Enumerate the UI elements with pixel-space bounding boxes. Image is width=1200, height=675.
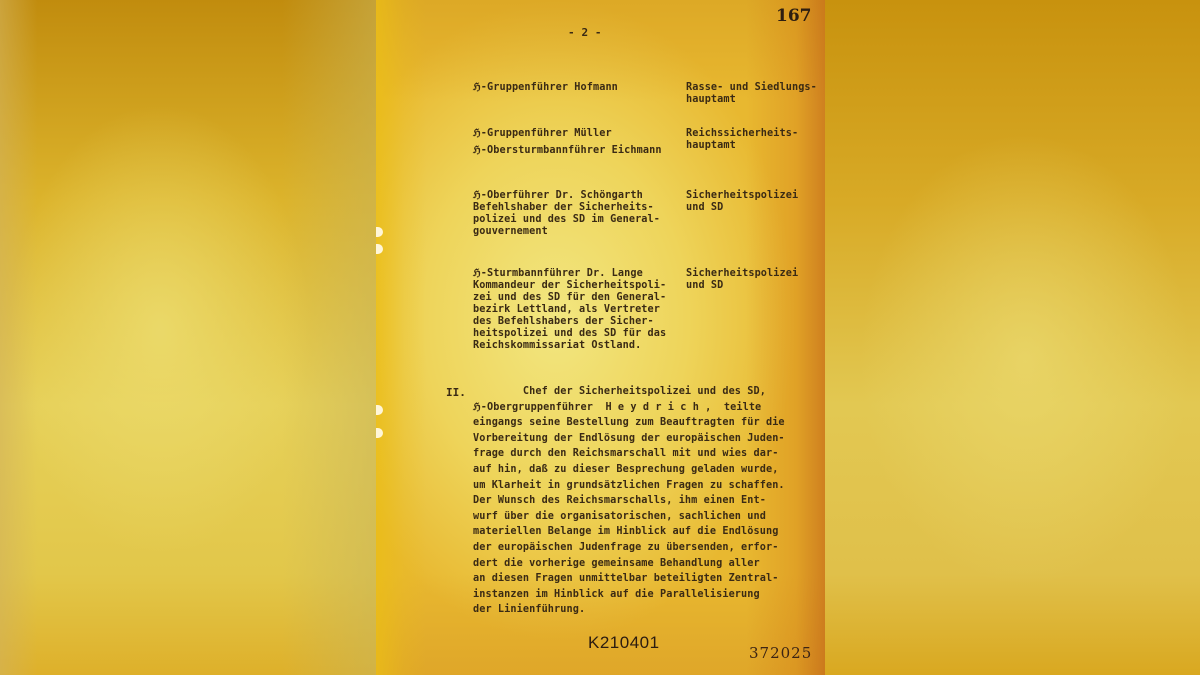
section-line: an diesen Fragen unmittelbar beteiligten… xyxy=(473,573,778,585)
page-label: - 2 - xyxy=(568,27,602,39)
attendee-office: Rasse- und Siedlungs- xyxy=(686,82,817,94)
attendee-name: ℌ-Gruppenführer Müller xyxy=(473,128,612,140)
section-line: wurf über die organisatorischen, sachlic… xyxy=(473,511,766,523)
attendee-name: Befehlshaber der Sicherheits- xyxy=(473,202,654,214)
archive-stamp: K210401 xyxy=(588,633,660,653)
section-line: auf hin, daß zu dieser Besprechung gelad… xyxy=(473,464,778,476)
attendee-name: ℌ-Sturmbannführer Dr. Lange xyxy=(473,268,643,280)
section-numeral: II. xyxy=(446,386,466,399)
punch-hole xyxy=(376,405,383,415)
section-line: eingangs seine Bestellung zum Beauftragt… xyxy=(473,417,785,429)
section-line: Chef der Sicherheitspolizei und des SD, xyxy=(473,386,766,398)
punch-hole xyxy=(376,244,383,254)
attendee-name: ℌ-Obersturmbannführer Eichmann xyxy=(473,145,662,157)
document-page: - 2 - 167 ℌ-Gruppenführer Hofmann Rasse-… xyxy=(376,0,825,675)
section-line: der Linienführung. xyxy=(473,604,585,616)
attendee-office: Sicherheitspolizei xyxy=(686,190,798,202)
attendee-name: Reichskommissariat Ostland. xyxy=(473,340,641,352)
folio-number: 167 xyxy=(776,6,812,26)
attendee-office: und SD xyxy=(686,280,723,292)
punch-hole xyxy=(376,227,383,237)
attendee-office: und SD xyxy=(686,202,723,214)
attendee-name: bezirk Lettland, als Vertreter xyxy=(473,304,660,316)
section-line: ℌ-Obergruppenführer H e y d r i c h , te… xyxy=(473,402,761,414)
section-line: Vorbereitung der Endlösung der europäisc… xyxy=(473,433,785,445)
attendee-name: zei und des SD für den General- xyxy=(473,292,666,304)
section-line: materiellen Belange im Hinblick auf die … xyxy=(473,526,778,538)
attendee-name: ℌ-Gruppenführer Hofmann xyxy=(473,82,618,94)
attendee-office: hauptamt xyxy=(686,94,736,106)
section-line: instanzen im Hinblick auf die Parallelis… xyxy=(473,589,760,601)
section-line: dert die vorherige gemeinsame Behandlung… xyxy=(473,558,760,570)
blurred-background-left xyxy=(0,0,376,675)
attendee-name: des Befehlshabers der Sicher- xyxy=(473,316,654,328)
serial-stamp: 372025 xyxy=(749,644,812,662)
attendee-name: Kommandeur der Sicherheitspoli- xyxy=(473,280,666,292)
attendee-office: hauptamt xyxy=(686,140,736,152)
attendee-office: Sicherheitspolizei xyxy=(686,268,798,280)
attendee-name: heitspolizei und des SD für das xyxy=(473,328,666,340)
section-line: um Klarheit in grundsätzlichen Fragen zu… xyxy=(473,480,785,492)
section-line: der europäischen Judenfrage zu übersende… xyxy=(473,542,778,554)
punch-hole xyxy=(376,428,383,438)
attendee-office: Reichssicherheits- xyxy=(686,128,798,140)
section-line: frage durch den Reichsmarschall mit und … xyxy=(473,448,778,460)
attendee-name: ℌ-Oberführer Dr. Schöngarth xyxy=(473,190,643,202)
section-line: Der Wunsch des Reichsmarschalls, ihm ein… xyxy=(473,495,766,507)
attendee-name: polizei und des SD im General- xyxy=(473,214,660,226)
blurred-background-right xyxy=(825,0,1200,675)
attendee-name: gouvernement xyxy=(473,226,548,238)
